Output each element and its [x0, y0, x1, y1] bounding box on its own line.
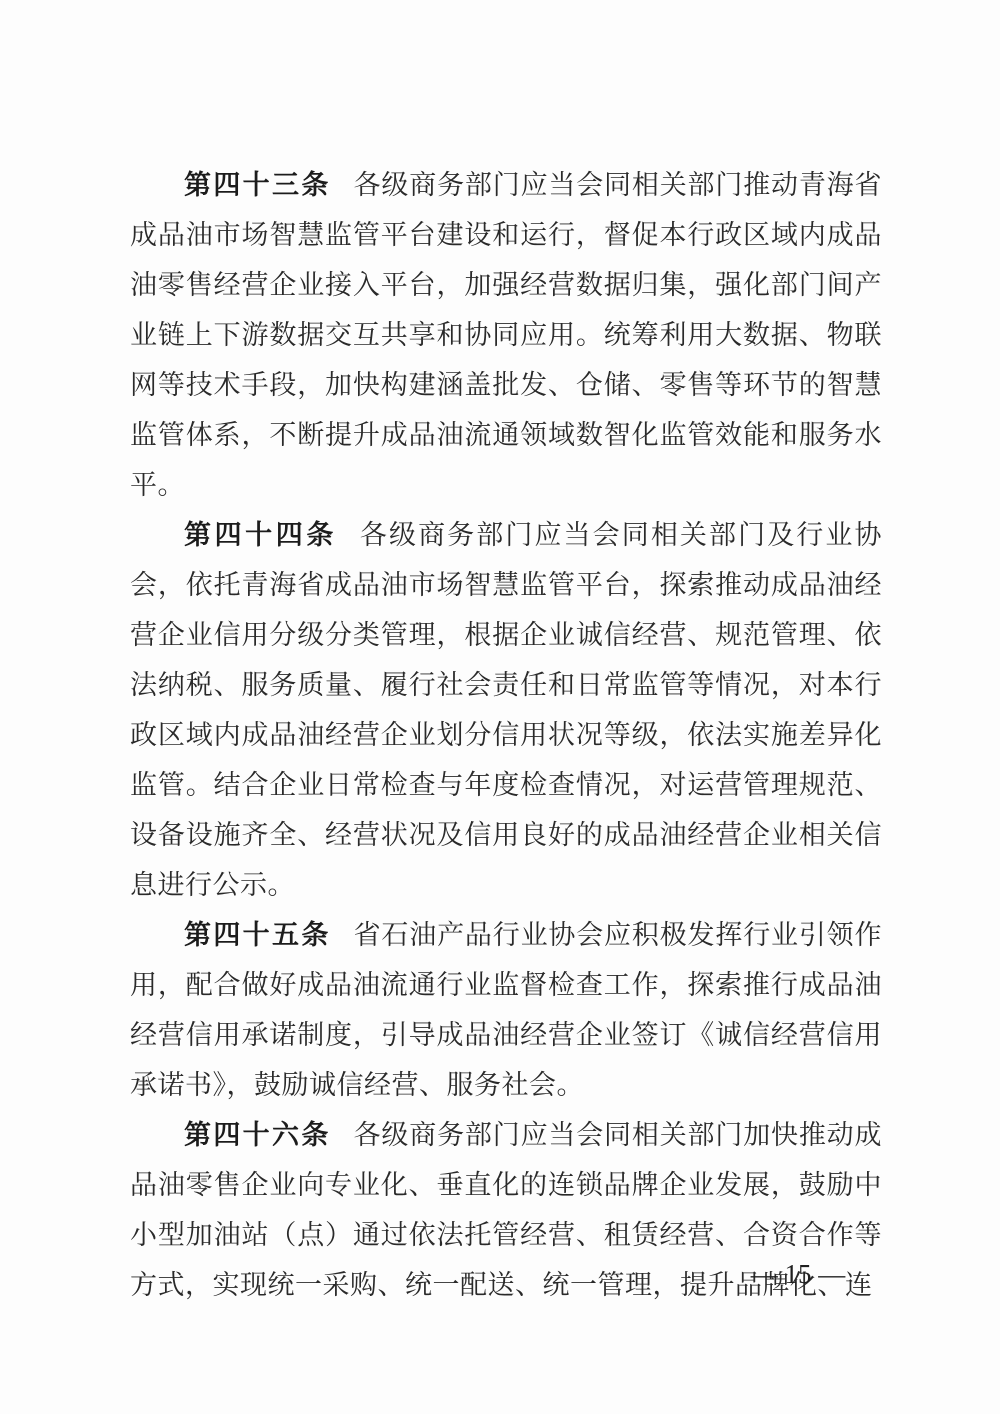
article-43-body-text: 各级商务部门应当会同相关部门推动青海省成品油市场智慧监管平台建设和运行，督促本行… — [130, 170, 882, 500]
page-number: — 15 — — [712, 1256, 884, 1292]
article-45-paragraph: 第四十五条省石油产品行业协会应积极发挥行业引领作用，配合做好成品油流通行业监督检… — [130, 910, 882, 1110]
document-page: 第四十三条各级商务部门应当会同相关部门推动青海省成品油市场智慧监管平台建设和运行… — [0, 0, 1000, 1414]
article-44-body-text: 各级商务部门应当会同相关部门及行业协会，依托青海省成品油市场智慧监管平台，探索推… — [130, 520, 882, 900]
article-46-number-heading: 第四十六条 — [184, 1120, 331, 1150]
article-44-number-heading: 第四十四条 — [184, 520, 337, 550]
article-44-paragraph: 第四十四条各级商务部门应当会同相关部门及行业协会，依托青海省成品油市场智慧监管平… — [130, 510, 882, 910]
article-43-number-heading: 第四十三条 — [184, 170, 331, 200]
document-content: 第四十三条各级商务部门应当会同相关部门推动青海省成品油市场智慧监管平台建设和运行… — [130, 160, 882, 1310]
article-43-paragraph: 第四十三条各级商务部门应当会同相关部门推动青海省成品油市场智慧监管平台建设和运行… — [130, 160, 882, 510]
article-45-number-heading: 第四十五条 — [184, 920, 331, 950]
